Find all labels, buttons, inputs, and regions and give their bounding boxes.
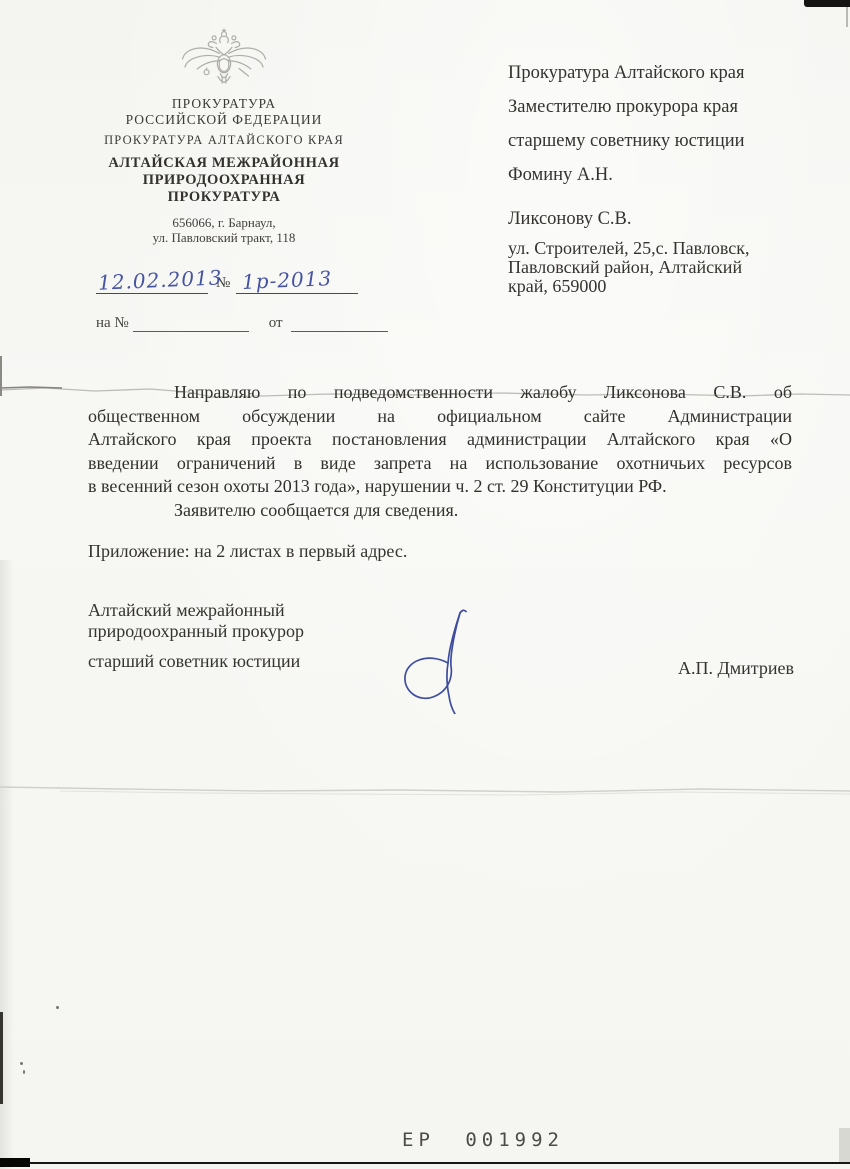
body-line: введении ограничений в виде запрета на и…	[88, 452, 792, 476]
org-name-line2: ПРИРОДООХРАННАЯ	[78, 172, 370, 189]
scan-artifact-left-dash	[0, 356, 2, 396]
recipient-address-line: край, 659000	[508, 277, 823, 296]
incoming-label: на №	[96, 315, 129, 332]
incoming-date-blank	[291, 311, 388, 332]
scan-artifact-left-strip	[0, 1012, 3, 1104]
recipient-line: Заместителю прокурора края	[508, 90, 823, 124]
org-federation-line2: РОССИЙСКОЙ ФЕДЕРАЦИИ	[78, 112, 370, 128]
body-line: Направляю по подведомственности жалобу Л…	[88, 381, 792, 405]
org-region-line: ПРОКУРАТУРА АЛТАЙСКОГО КРАЯ	[78, 133, 370, 148]
date-field: 12.02.2013	[96, 263, 208, 294]
org-name-line1: АЛТАЙСКАЯ МЕЖРАЙОННАЯ	[78, 155, 370, 172]
letterhead: ПРОКУРАТУРА РОССИЙСКОЙ ФЕДЕРАЦИИ ПРОКУРА…	[78, 28, 370, 245]
org-postal-line2: ул. Павловский тракт, 118	[78, 230, 370, 245]
signer-title-line1: Алтайский межрайонный	[88, 600, 304, 621]
reply-reference-row: на № от	[96, 310, 388, 332]
recipient-address-line: ул. Строителей, 25,с. Павловск,	[508, 239, 823, 258]
recipient-line: старшему советнику юстиции	[508, 124, 823, 158]
scan-speck	[56, 1006, 59, 1009]
reference-row: 12.02.2013 № 1р-2013	[96, 262, 358, 294]
signer-title-block: Алтайский межрайонный природоохранный пр…	[88, 600, 304, 672]
russia-coat-of-arms-icon	[178, 28, 270, 92]
recipient-line: Фомину А.Н.	[508, 158, 823, 192]
body-line: общественном обсуждении на официальном с…	[88, 405, 792, 429]
scan-speck	[23, 1070, 25, 1074]
scanned-letter-page: ПРОКУРАТУРА РОССИЙСКОЙ ФЕДЕРАЦИИ ПРОКУРА…	[0, 0, 850, 1169]
incoming-number-blank	[133, 311, 249, 332]
body-line: в весенний сезон охоты 2013 года», наруш…	[88, 475, 792, 499]
letter-body: Направляю по подведомственности жалобу Л…	[88, 381, 792, 522]
body-line: Заявителю сообщается для сведения.	[88, 499, 792, 523]
recipient-block: Прокуратура Алтайского края Заместителю …	[508, 56, 823, 296]
scan-artifact-top-right-tail	[846, 7, 848, 27]
scan-artifact-top-right	[804, 0, 850, 7]
body-line: Алтайского края проекта постановления ад…	[88, 428, 792, 452]
org-name-line3: ПРОКУРАТУРА	[78, 189, 370, 206]
handwritten-date: 12.02.2013	[98, 265, 223, 294]
second-addressee: Ликсонову С.В.	[508, 202, 823, 236]
paper-crease-middle	[0, 778, 850, 804]
handwritten-signature-icon	[398, 606, 490, 714]
handwritten-number: 1р-2013	[242, 266, 333, 294]
signer-name: А.П. Дмитриев	[678, 658, 794, 679]
scan-speck	[20, 1062, 23, 1065]
scan-artifact-bottom-right	[839, 1128, 850, 1162]
scan-artifact-bottom-edge	[0, 1162, 850, 1164]
recipient-line: Прокуратура Алтайского края	[508, 56, 823, 90]
recipient-address-line: Павловский район, Алтайский	[508, 258, 823, 277]
signer-title-line2: природоохранный прокурор	[88, 621, 304, 642]
attachment-note: Приложение: на 2 листах в первый адрес.	[88, 541, 407, 562]
scan-artifact-bottom-left	[0, 1158, 30, 1167]
number-field: 1р-2013	[236, 263, 358, 294]
signer-rank: старший советник юстиции	[88, 651, 304, 672]
blank-series-stamp: ЕР 001992	[402, 1129, 564, 1151]
org-federation-line1: ПРОКУРАТУРА	[78, 96, 370, 112]
from-label: от	[269, 315, 283, 332]
org-postal-line1: 656066, г. Барнаул,	[78, 215, 370, 230]
